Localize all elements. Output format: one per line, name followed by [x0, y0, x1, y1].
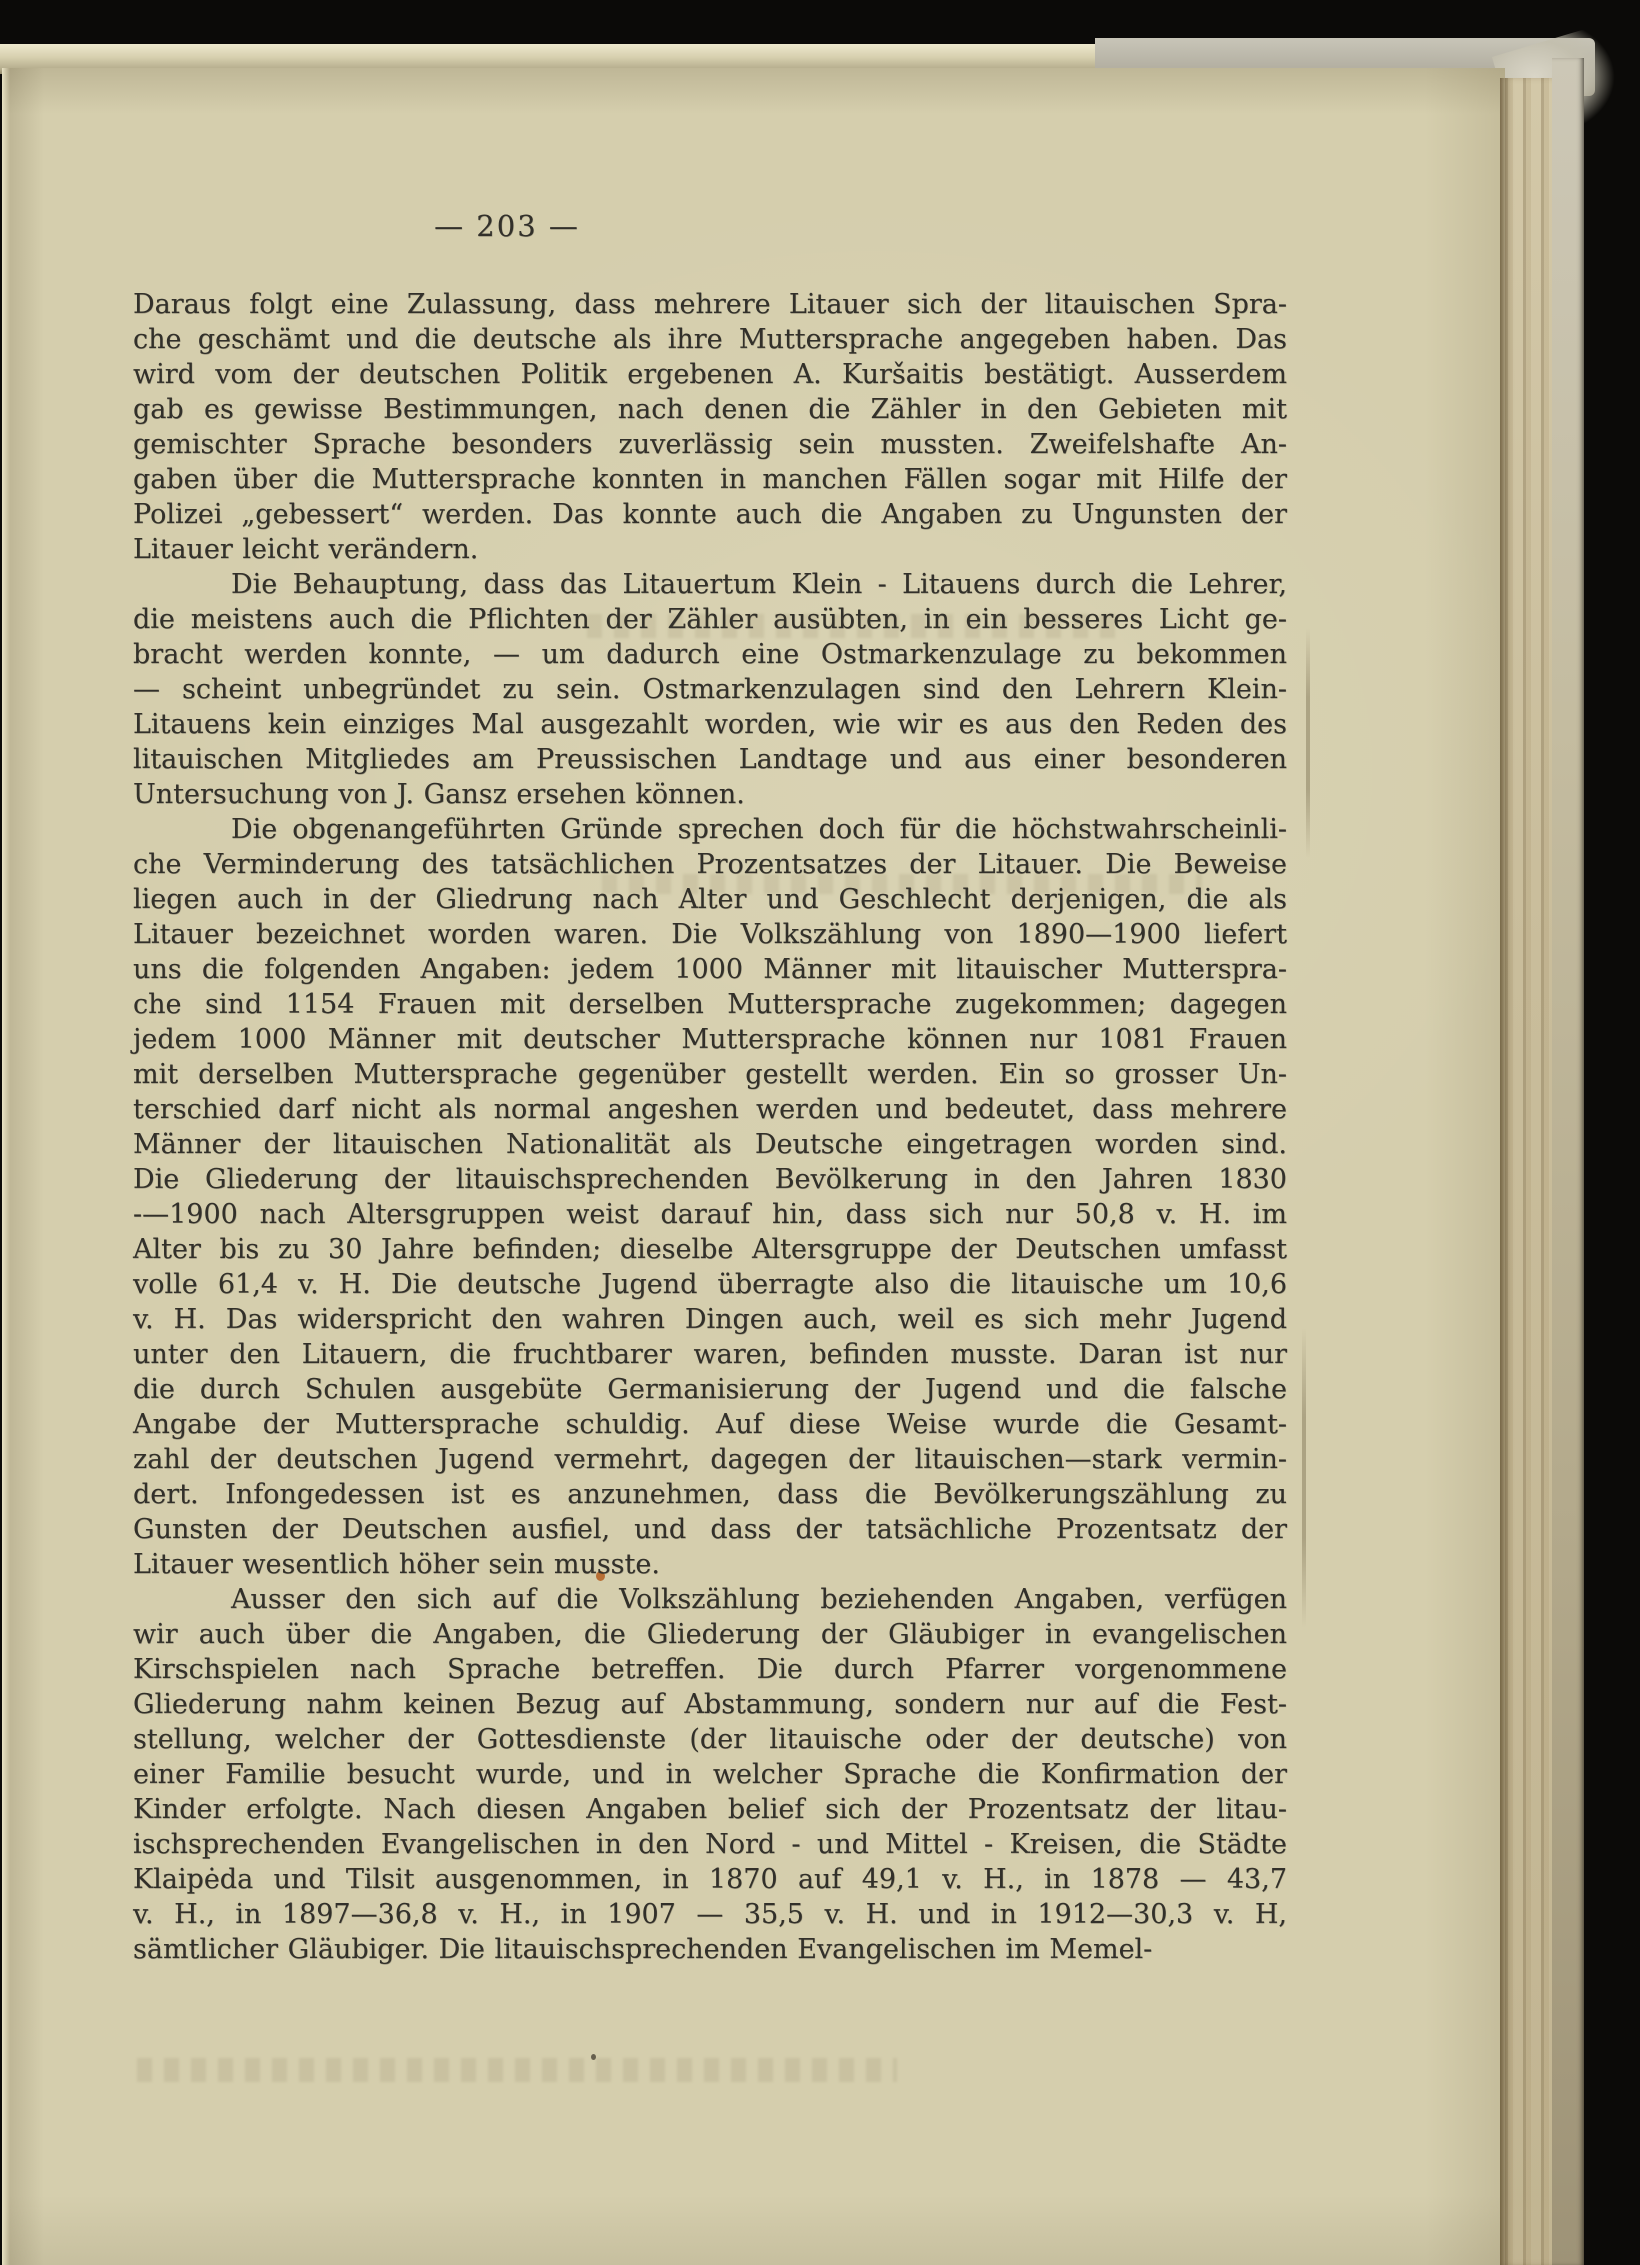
book-cover-right-edge [1552, 58, 1584, 2265]
text-block: Daraus folgt eine Zulassung, dass mehrer… [133, 287, 1287, 1967]
paragraph: Daraus folgt eine Zulassung, dass mehrer… [133, 287, 1287, 567]
text-line: Daraus folgt eine Zulassung, dass mehrer… [133, 287, 1287, 322]
margin-crease [1302, 1328, 1306, 1628]
text-line: unter den Litauern, die fruchtbarer ware… [133, 1337, 1287, 1372]
book-fore-edge-pages [1500, 78, 1552, 2265]
text-line: Männer der litauischen Nationalität als … [133, 1127, 1287, 1162]
text-line: mit derselben Muttersprache gegenüber ge… [133, 1057, 1287, 1092]
text-line: gaben über die Muttersprache konnten in … [133, 462, 1287, 497]
ink-speck [591, 2054, 596, 2060]
paragraph: Die Behauptung, dass das Litauertum Klei… [133, 567, 1287, 812]
text-line: Ausser den sich auf die Volkszählung bez… [133, 1582, 1287, 1617]
text-line: Die Behauptung, dass das Litauertum Klei… [133, 567, 1287, 602]
text-line: v. H., in 1897—36,8 v. H., in 1907 — 35,… [133, 1897, 1287, 1932]
paragraph: Ausser den sich auf die Volkszählung bez… [133, 1582, 1287, 1967]
text-line: Untersuchung von J. Gansz ersehen können… [133, 777, 1287, 812]
text-line: Die Gliederung der litauischsprechenden … [133, 1162, 1287, 1197]
text-line: Alter bis zu 30 Jahre befinden; dieselbe… [133, 1232, 1287, 1267]
text-line: Klaipėda und Tilsit ausgenommen, in 1870… [133, 1862, 1287, 1897]
text-line: che sind 1154 Frauen mit derselben Mutte… [133, 987, 1287, 1022]
text-line: zahl der deutschen Jugend vermehrt, dage… [133, 1442, 1287, 1477]
text-line: dert. Infongedessen ist es anzunehmen, d… [133, 1477, 1287, 1512]
text-line: Kinder erfolgte. Nach diesen Angaben bel… [133, 1792, 1287, 1827]
text-line: gemischter Sprache besonders zuverlässig… [133, 427, 1287, 462]
text-line: sämtlicher Gläubiger. Die litauischsprec… [133, 1932, 1287, 1967]
page-left-edge [2, 68, 10, 2265]
text-line: liegen auch in der Gliedrung nach Alter … [133, 882, 1287, 917]
text-line: gab es gewisse Bestimmungen, nach denen … [133, 392, 1287, 427]
text-line: die durch Schulen ausgebüte Germanisieru… [133, 1372, 1287, 1407]
text-line: — scheint unbegründet zu sein. Ostmarken… [133, 672, 1287, 707]
text-line: Gliederung nahm keinen Bezug auf Abstamm… [133, 1687, 1287, 1722]
page-number: — 203 — [377, 209, 637, 243]
text-line: Litauer bezeichnet worden waren. Die Vol… [133, 917, 1287, 952]
text-line: ischsprechenden Evangelischen in den Nor… [133, 1827, 1287, 1862]
ink-bleedthrough [137, 2058, 897, 2082]
text-line: volle 61,4 v. H. Die deutsche Jugend übe… [133, 1267, 1287, 1302]
text-line: che Verminderung des tatsächlichen Proze… [133, 847, 1287, 882]
text-line: die meistens auch die Pflichten der Zähl… [133, 602, 1287, 637]
margin-crease [1306, 628, 1310, 858]
text-line: Die obgenangeführten Gründe sprechen doc… [133, 812, 1287, 847]
text-line: Litauer leicht verändern. [133, 532, 1287, 567]
text-line: Litauens kein einziges Mal ausgezahlt wo… [133, 707, 1287, 742]
text-line: bracht werden konnte, — um dadurch eine … [133, 637, 1287, 672]
text-line: Angabe der Muttersprache schuldig. Auf d… [133, 1407, 1287, 1442]
text-line: Kirschspielen nach Sprache betreffen. Di… [133, 1652, 1287, 1687]
text-line: che geschämt und die deutsche als ihre M… [133, 322, 1287, 357]
text-line: Gunsten der Deutschen ausfiel, und dass … [133, 1512, 1287, 1547]
text-line: jedem 1000 Männer mit deutscher Muttersp… [133, 1022, 1287, 1057]
text-line: Polizei „gebessert“ werden. Das konnte a… [133, 497, 1287, 532]
text-line: einer Familie besucht wurde, und in welc… [133, 1757, 1287, 1792]
text-line: v. H. Das widerspricht den wahren Dingen… [133, 1302, 1287, 1337]
paragraph: Die obgenangeführten Gründe sprechen doc… [133, 812, 1287, 1582]
book-scan-photo: — 203 — Daraus folgt eine Zulassung, das… [0, 0, 1640, 2265]
text-line: wird vom der deutschen Politik ergebenen… [133, 357, 1287, 392]
text-line: terschied darf nicht als normal angeshen… [133, 1092, 1287, 1127]
text-line: -—1900 nach Altersgruppen weist darauf h… [133, 1197, 1287, 1232]
text-line: stellung, welcher der Gottesdienste (der… [133, 1722, 1287, 1757]
text-line: wir auch über die Angaben, die Gliederun… [133, 1617, 1287, 1652]
text-line: uns die folgenden Angaben: jedem 1000 Mä… [133, 952, 1287, 987]
text-line: litauischen Mitgliedes am Preussischen L… [133, 742, 1287, 777]
text-line: Litauer wesentlich höher sein musste. [133, 1547, 1287, 1582]
